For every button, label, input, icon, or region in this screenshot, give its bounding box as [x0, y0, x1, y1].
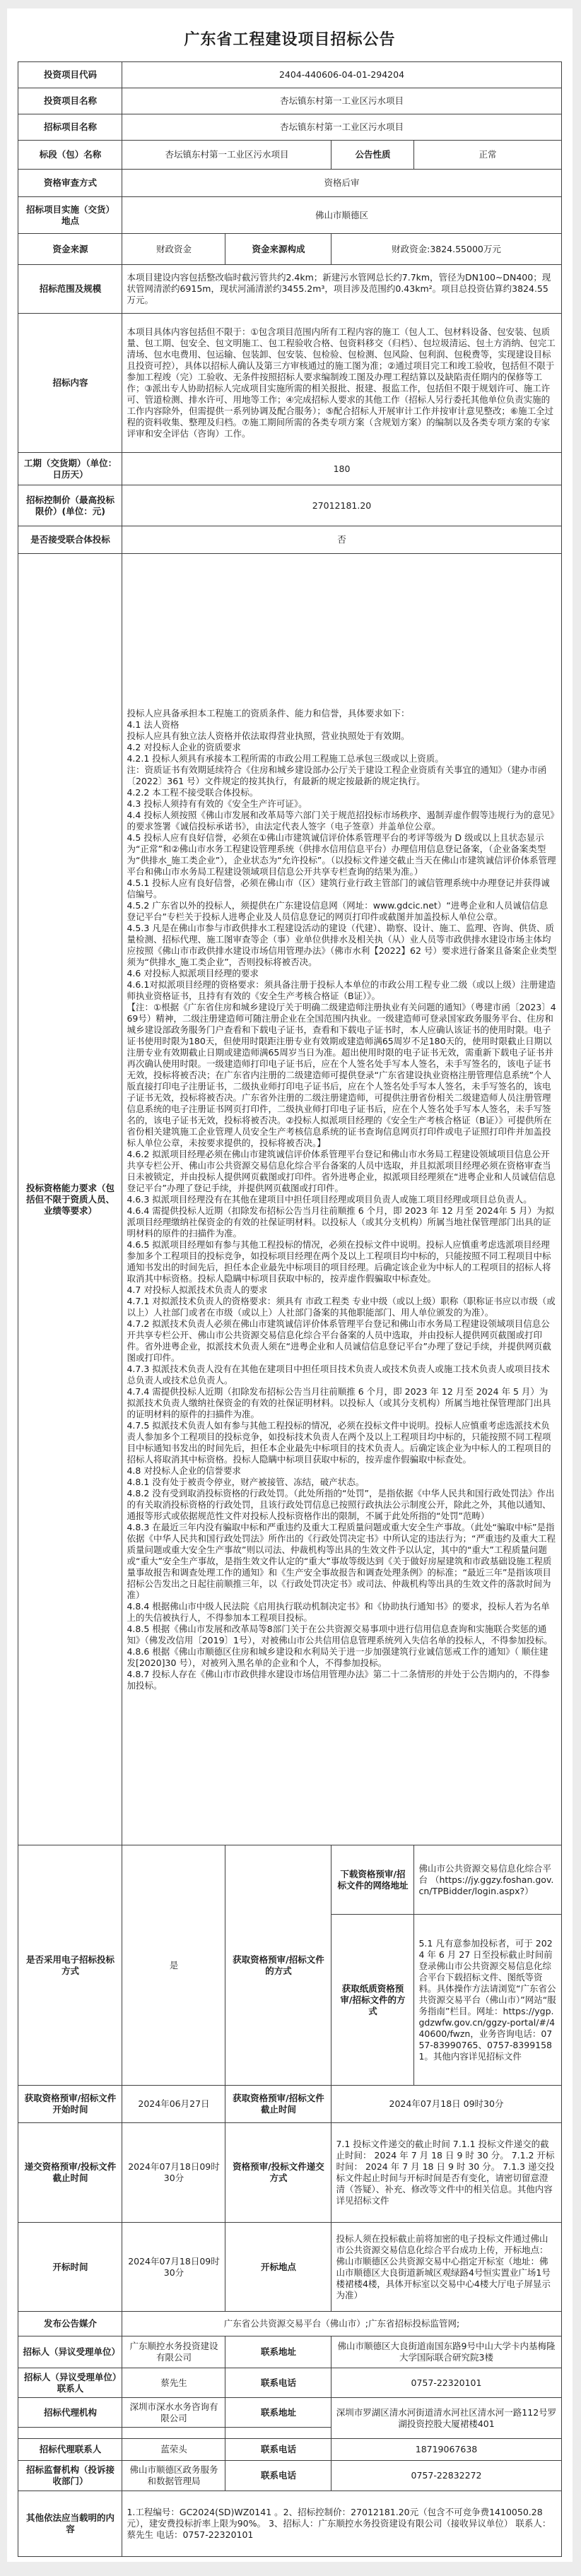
agency-phone-label: 联系电话	[225, 2439, 331, 2461]
submit-method-value: 7.1 投标文件递交的截止时间 7.1.1 投标文件递交的截止时间： 2024 …	[331, 2123, 561, 2223]
table-row: 招标内容 本项目具体内容包括但不限于：①包含项目范围内所有工程内容的施工（包人工…	[18, 314, 561, 453]
tender-name-value: 杏坛镇东村第一工业区污水项目	[122, 114, 561, 141]
table-row: 招标控制价（最高投标限价）(单位：元) 27012181.20	[18, 485, 561, 526]
section-label: 标段（包）名称	[18, 141, 122, 170]
opening-place-label: 开标地点	[225, 2223, 331, 2312]
table-row: 招标人（异议受理单位） 广东顺控水务投资建设有限公司 联系地址 佛山市顺德区大良…	[18, 2336, 561, 2368]
other-content-label: 其他依法应当载明的内容	[18, 2491, 122, 2557]
table-row: 招标项目名称 杏坛镇东村第一工业区污水项目	[18, 114, 561, 141]
table-row: 是否接受联合体投标 否	[18, 526, 561, 554]
table-row: 开标时间 2024年07月18日09时30分 开标地点 投标人须在投标截止前将加…	[18, 2223, 561, 2312]
tender-name-label: 招标项目名称	[18, 114, 122, 141]
opening-time-label: 开标时间	[18, 2223, 122, 2312]
table-row: 标段（包）名称 杏坛镇东村第一工业区污水项目 公告性质 正常	[18, 141, 561, 170]
table-row: 发布公告媒介 广东省公共资源交易平台（佛山市）;广东省招标投标监管网;	[18, 2312, 561, 2336]
download-url-label: 下载资格预审/招标文件的网络地址	[331, 1845, 414, 1915]
doc-start-value: 2024年06月27日	[122, 2086, 225, 2123]
scope-value: 本项目建设内容包括整改临时截污管共约2.4km；新建污水管网总长约7.7km，管…	[122, 265, 561, 314]
agency-phone-value: 18719067638	[331, 2439, 561, 2461]
consortium-value: 否	[122, 526, 561, 554]
notice-nature-value: 正常	[414, 141, 561, 170]
table-row: 投资项目代码 2404-440606-04-01-294204	[18, 62, 561, 88]
table-row: 工期（交货期）（单位：日历天） 180	[18, 453, 561, 485]
duration-label: 工期（交货期）（单位：日历天）	[18, 453, 122, 485]
tenderer-contact-label: 招标人（异议受理单位）联系人	[18, 2368, 122, 2398]
section-value: 杏坛镇东村第一工业区污水项目	[122, 141, 331, 170]
supervisor-label: 招标监督机构（投诉接收部门）	[18, 2461, 122, 2491]
tenderer-address-label: 联系地址	[225, 2336, 331, 2368]
content-value: 本项目具体内容包括但不限于：①包含项目范围内所有工程内容的施工（包人工、包材料设…	[122, 314, 561, 453]
price-ceiling-value: 27012181.20	[122, 485, 561, 526]
table-row: 招标人（异议受理单位）联系人 蔡先生 联系电话 0757-22320101	[18, 2368, 561, 2398]
doc-acquisition-label: 获取资格预审/招标文件的方式	[225, 1845, 331, 2086]
funding-value: 财政资金	[122, 234, 225, 265]
qualification-review-label: 资格审查方式	[18, 170, 122, 197]
spacer-cell	[122, 2428, 225, 2439]
table-row: 招标项目实施（交货）地点 佛山市顺德区	[18, 197, 561, 234]
agency-value: 深圳市深水水务咨询有限公司	[122, 2398, 225, 2428]
supervisor-phone-value: 0757-22832272	[331, 2461, 561, 2491]
e-bidding-value: 是	[122, 1845, 225, 2086]
media-label: 发布公告媒介	[18, 2312, 122, 2336]
funding-label: 资金来源	[18, 234, 122, 265]
price-ceiling-label: 招标控制价（最高投标限价）(单位：元)	[18, 485, 122, 526]
table-row: 递交资格预审/投标文件截止时间 2024年07月18日09时30分 资格预审/投…	[18, 2123, 561, 2223]
announcement-page: 广东省工程建设项目招标公告 投资项目代码 2404-440606-04-01-2…	[7, 8, 573, 2562]
agency-contact-label: 招标代理联系人	[18, 2439, 122, 2461]
submit-deadline-value: 2024年07月18日09时30分	[122, 2123, 225, 2223]
duration-value: 180	[122, 453, 561, 485]
media-value: 广东省公共资源交易平台（佛山市）;广东省招标投标监管网;	[122, 2312, 561, 2336]
table-row: 是否采用电子招标投标方式 是 获取资格预审/招标文件的方式 下载资格预审/招标文…	[18, 1845, 561, 1915]
spacer-cell	[18, 2428, 122, 2439]
doc-end-value: 2024年07月18日 09时30分	[331, 2086, 561, 2123]
doc-end-label: 获取资格预审/招标文件截止时间	[225, 2086, 331, 2123]
table-row: 投资项目名称 杏坛镇东村第一工业区污水项目	[18, 88, 561, 114]
table-row: 招标范围及规模 本项目建设内容包括整改临时截污管共约2.4km；新建污水管网总长…	[18, 265, 561, 314]
submit-method-label: 资格预审/投标文件递交方式	[225, 2123, 331, 2223]
funding-composition-label: 资金来源构成	[225, 234, 331, 265]
tenderer-address-value: 佛山市顺德区大良街道南国东路9号中山大学卡内基梅隆大学国际联合研究院3楼	[331, 2336, 561, 2368]
table-row: 投标资格能力要求（包括但不限于资质人员、业绩等要求） 投标人应具备承担本工程施工…	[18, 554, 561, 1845]
table-row: 资格审查方式 资格后审	[18, 170, 561, 197]
tender-announcement-table: 投资项目代码 2404-440606-04-01-294204 投资项目名称 杏…	[18, 61, 561, 2557]
opening-place-value: 投标人须在投标截止前将加密的电子投标文件通过佛山市公共资源交易信息化综合平台成功…	[331, 2223, 561, 2312]
agency-address-value: 深圳市罗湖区清水河街道清水河社区清水河一路112号罗湖投资控股大厦裙楼401	[331, 2398, 561, 2439]
table-row: 其他依法应当载明的内容 1.工程编号：GC2024(SD)WZ0141 。2、招…	[18, 2491, 561, 2557]
investment-name-value: 杏坛镇东村第一工业区污水项目	[122, 88, 561, 114]
paper-doc-value: 5.1 凡有意参加投标者，可于 2024 年 6 月 27 日至投标截止时间前登…	[414, 1915, 561, 2086]
e-bidding-label: 是否采用电子招标投标方式	[18, 1845, 122, 2086]
consortium-label: 是否接受联合体投标	[18, 526, 122, 554]
other-content-value: 1.工程编号：GC2024(SD)WZ0141 。2、招标控制价：2701218…	[122, 2491, 561, 2557]
notice-nature-label: 公告性质	[331, 141, 414, 170]
location-value: 佛山市顺德区	[122, 197, 561, 234]
table-row: 获取资格预审/招标文件开始时间 2024年06月27日 获取资格预审/招标文件截…	[18, 2086, 561, 2123]
project-code-label: 投资项目代码	[18, 62, 122, 88]
paper-doc-label: 获取纸质资格预审/招标文件的方式	[331, 1915, 414, 2086]
supervisor-phone-label: 联系电话	[225, 2461, 331, 2491]
table-row: 招标监督机构（投诉接收部门） 佛山市顺德区政务服务和数据管理局 联系电话 075…	[18, 2461, 561, 2491]
location-label: 招标项目实施（交货）地点	[18, 197, 122, 234]
spacer-cell	[225, 2428, 331, 2439]
opening-time-value: 2024年07月18日09时30分	[122, 2223, 225, 2312]
download-url-value: 佛山市公共资源交易信息化综合平台 （https://jy.ggzy.foshan…	[414, 1845, 561, 1915]
investment-name-label: 投资项目名称	[18, 88, 122, 114]
tenderer-phone-label: 联系电话	[225, 2368, 331, 2398]
page-title: 广东省工程建设项目招标公告	[7, 28, 573, 49]
tenderer-contact-value: 蔡先生	[122, 2368, 225, 2398]
content-label: 招标内容	[18, 314, 122, 453]
qualification-requirements-label: 投标资格能力要求（包括但不限于资质人员、业绩等要求）	[18, 554, 122, 1845]
qualification-requirements-value: 投标人应具备承担本工程施工的资质条件、能力和信誉，具体要求如下： 4.1 法人资…	[122, 554, 561, 1845]
qualification-review-value: 资格后审	[122, 170, 561, 197]
table-row: 招标代理机构 深圳市深水水务咨询有限公司 联系地址 深圳市罗湖区清水河街道清水河…	[18, 2398, 561, 2428]
doc-start-label: 获取资格预审/招标文件开始时间	[18, 2086, 122, 2123]
supervisor-value: 佛山市顺德区政务服务和数据管理局	[122, 2461, 225, 2491]
scope-label: 招标范围及规模	[18, 265, 122, 314]
table-row: 招标代理联系人 蓝荣头 联系电话 18719067638	[18, 2439, 561, 2461]
project-code-value: 2404-440606-04-01-294204	[122, 62, 561, 88]
agency-contact-value: 蓝荣头	[122, 2439, 225, 2461]
submit-deadline-label: 递交资格预审/投标文件截止时间	[18, 2123, 122, 2223]
tenderer-value: 广东顺控水务投资建设有限公司	[122, 2336, 225, 2368]
agency-address-label: 联系地址	[225, 2398, 331, 2428]
tenderer-label: 招标人（异议受理单位）	[18, 2336, 122, 2368]
table-row: 资金来源 财政资金 资金来源构成 财政资金:3824.55000万元	[18, 234, 561, 265]
tenderer-phone-value: 0757-22320101	[331, 2368, 561, 2398]
funding-composition-value: 财政资金:3824.55000万元	[331, 234, 561, 265]
agency-label: 招标代理机构	[18, 2398, 122, 2428]
